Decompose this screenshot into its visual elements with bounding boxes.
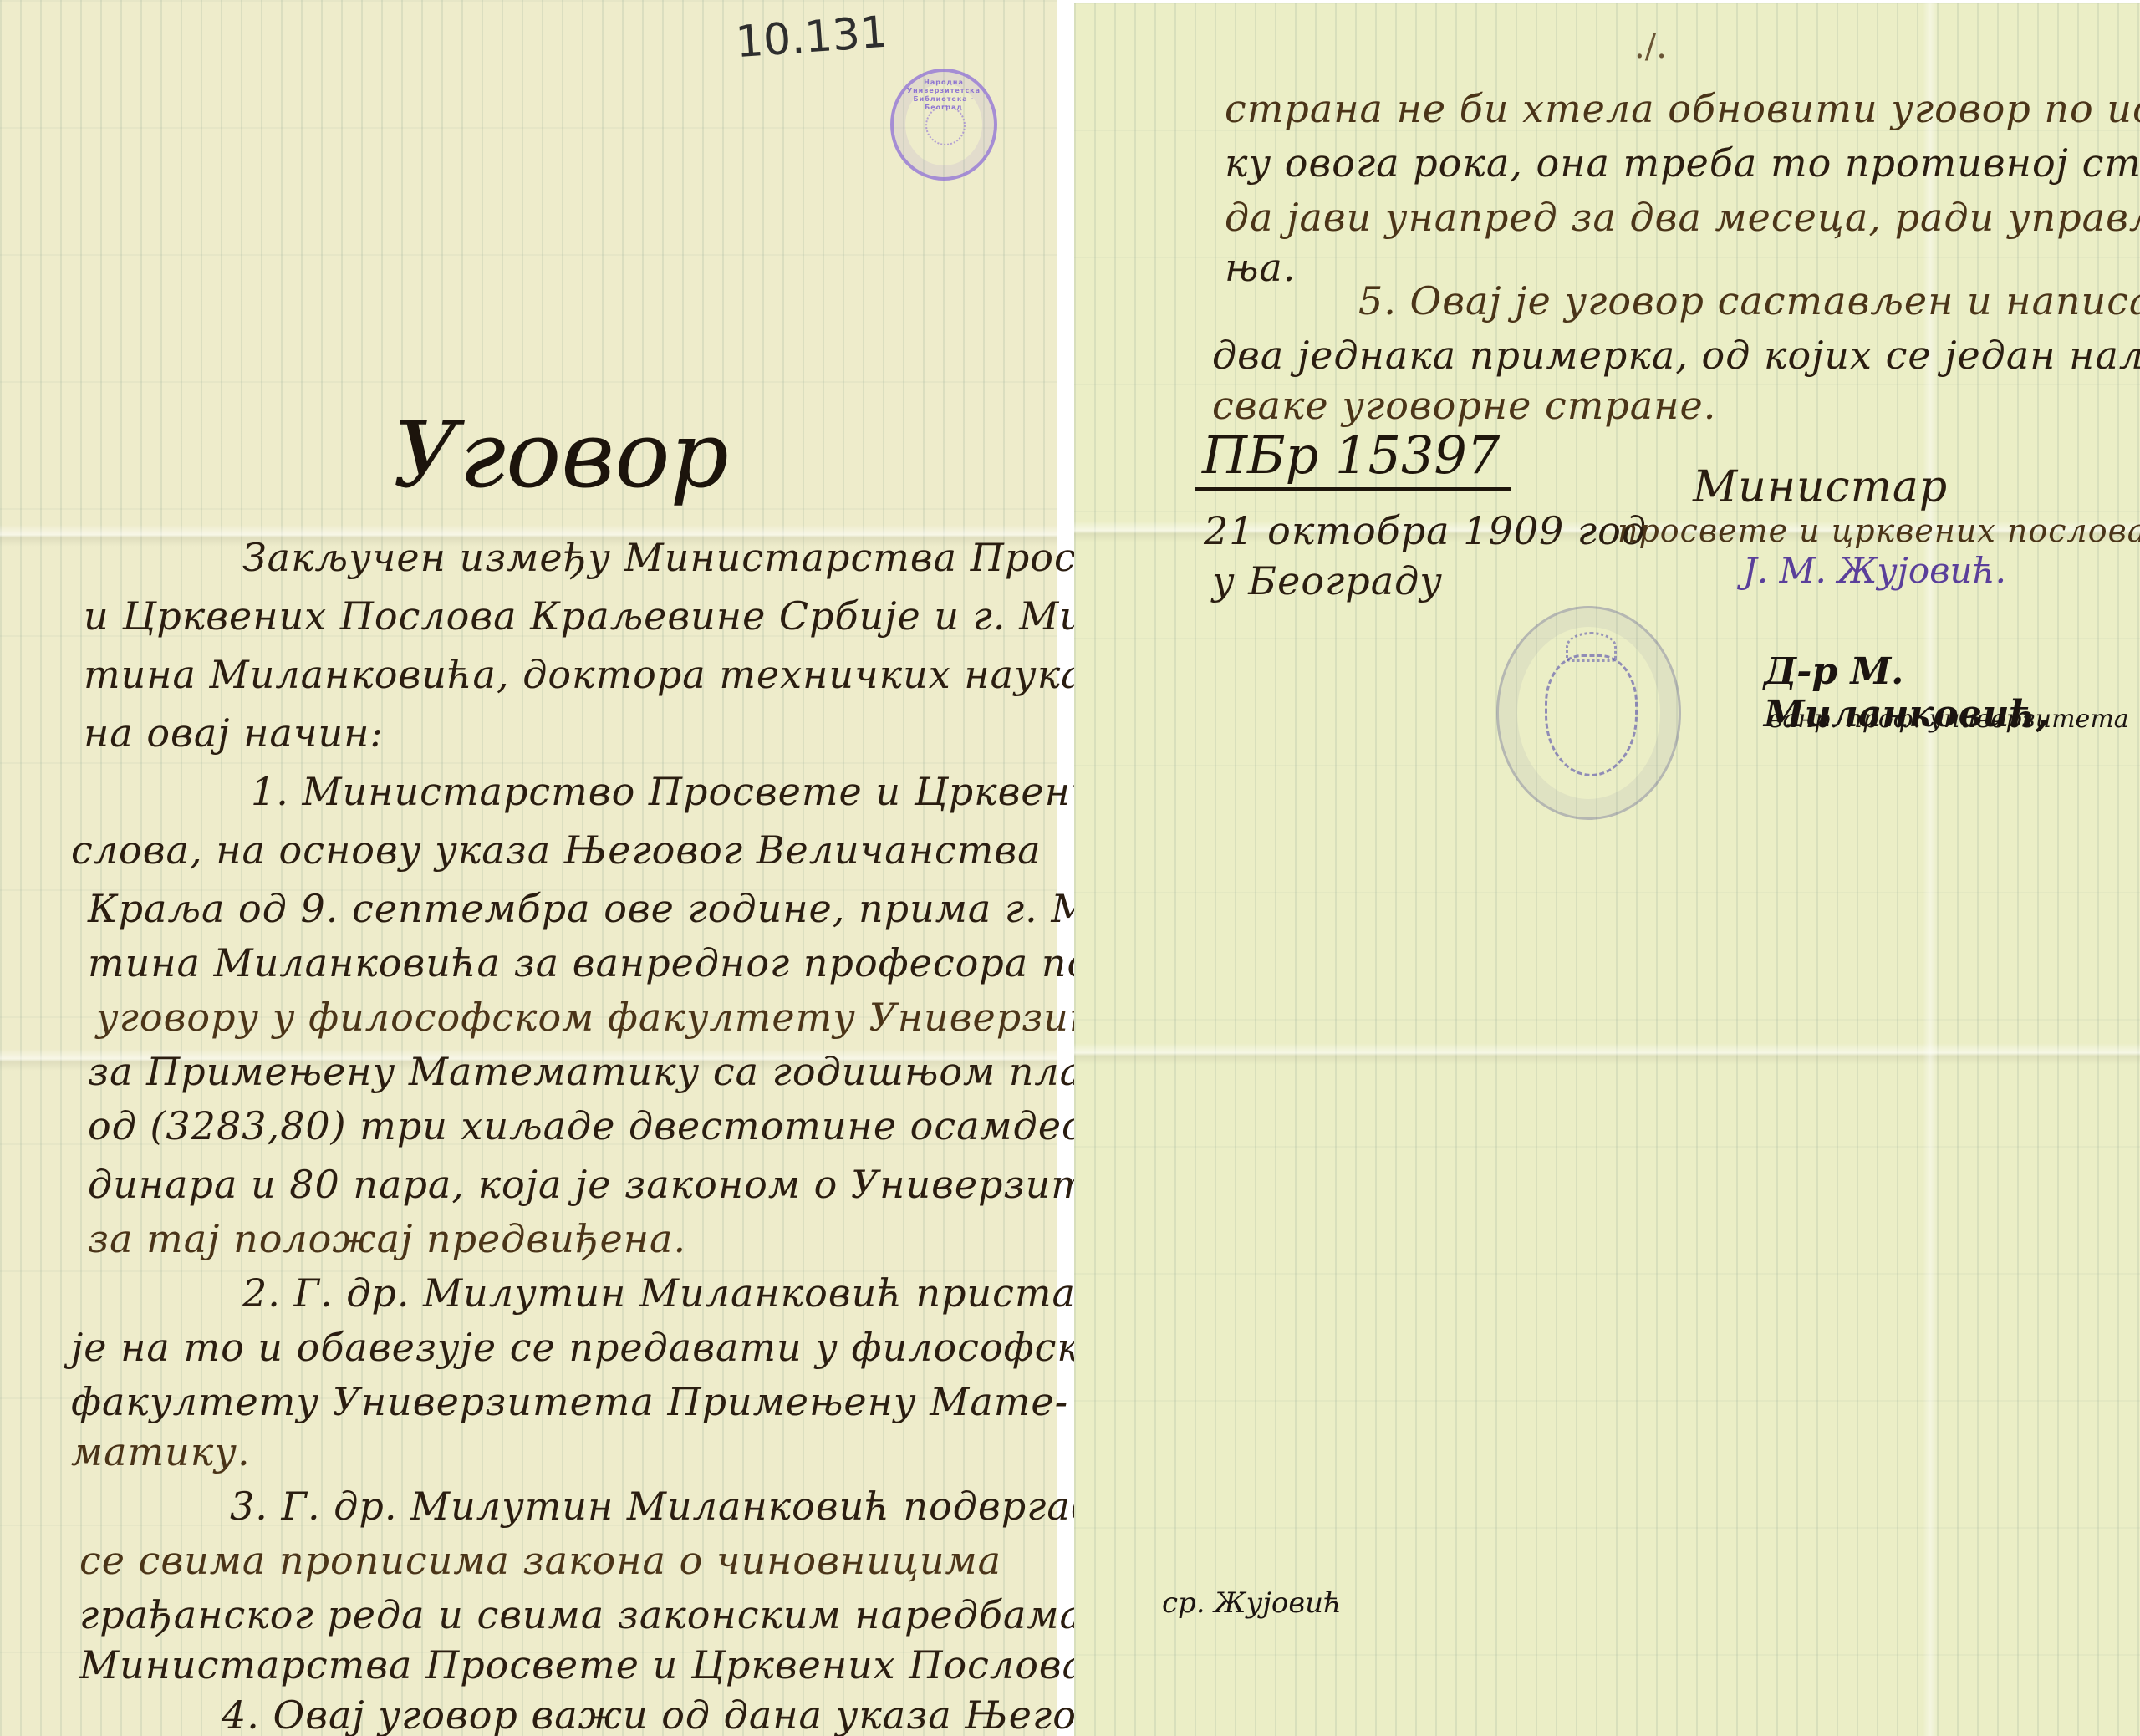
paper-fold [1074, 1043, 2140, 1065]
archive-mark: 10.131 [734, 8, 889, 69]
text-line: факултету Универзитета Примењену Мате- [71, 1379, 1068, 1424]
text-line: слова, на основу указа Његовог Величанст… [71, 827, 1042, 873]
text-line: 3. Г. др. Милутин Миланковић подвргава [230, 1484, 1118, 1529]
text-line: 1. Министарство Просвете и Црквених По- [251, 769, 1204, 814]
stamp-emblem-icon [925, 105, 966, 145]
minister-signature: Ј. М. Жујовић. [1743, 550, 2006, 591]
text-line: Министарства Просвете и Црквених Послова… [79, 1642, 1099, 1688]
text-line: 2. Г. др. Милутин Миланковић приста- [242, 1270, 1090, 1316]
text-line: динара и 80 пара, која је законом о Унив… [88, 1162, 1172, 1207]
text-line: и Црквених Послова Краљевине Србије и г.… [84, 593, 1147, 639]
text-line: 5. Овај је уговор састављен и написан у [1358, 278, 2140, 323]
left-page: 10.131 Народна Универзитетска Библиотека… [0, 0, 1057, 1736]
text-line: ња. [1225, 245, 1296, 290]
text-line: је на то и обавезује се предавати у фило… [71, 1325, 1138, 1370]
paper-fold [1923, 3, 1938, 1736]
text-line: Закључен између Министарства Просвете [242, 535, 1185, 580]
corner-mark: ./. [1634, 28, 1667, 66]
library-stamp-icon: Народна Универзитетска Библиотека · Беог… [890, 69, 997, 181]
date-line: 21 октобра 1909 год [1204, 508, 1647, 553]
text-line: да јави унапред за два месеца, ради упра… [1225, 195, 2140, 240]
text-line: страна не би хтела обновити уговор по ис… [1225, 86, 2140, 131]
coat-of-arms-icon [1545, 654, 1638, 776]
text-line: Краља од 9. септембра ове године, прима … [88, 886, 1180, 931]
bottom-note: ср. Жујовић [1162, 1586, 1342, 1620]
text-line: два једнака примерка, од којих се један … [1212, 333, 2140, 378]
document-title: Уговор [393, 401, 729, 508]
text-line: за Примењену Математику са годишњом плат… [88, 1049, 1178, 1094]
text-line: ку овога рока, она треба то противној ст… [1225, 140, 2140, 186]
milankovic-title: ванр. проф. универзитета [1768, 705, 2129, 734]
text-line: од (3283,80) три хиљаде двестотине осамд… [88, 1103, 1246, 1148]
text-line: тина Миланковића, доктора техничких наук… [84, 652, 1098, 697]
place-line: у Београду [1212, 558, 1443, 603]
text-line: се свима прописима закона о чиновницима [79, 1538, 1001, 1583]
minister-heading: Министар [1693, 462, 1948, 512]
text-line: за тај положај предвиђена. [88, 1216, 686, 1261]
minister-subtitle: просвете и црквених послова, [1618, 512, 2140, 549]
right-page: ./. страна не би хтела обновити уговор п… [1074, 3, 2140, 1736]
text-line: тина Миланковића за ванредног професора … [88, 940, 1091, 985]
text-line: 4. Овај уговор важи од дана указа Његово… [222, 1693, 1144, 1736]
text-line: уговору у философском факултету Универзи… [96, 995, 1191, 1040]
text-line: на овај начин: [84, 710, 384, 756]
text-line: матику. [71, 1429, 251, 1474]
reference-number: ПБр 15397 [1195, 425, 1511, 491]
text-line: грађанског реда и свима законским наредб… [79, 1592, 1083, 1637]
text-line: сваке уговорне стране. [1212, 383, 1716, 428]
ministry-seal-icon [1496, 606, 1681, 820]
